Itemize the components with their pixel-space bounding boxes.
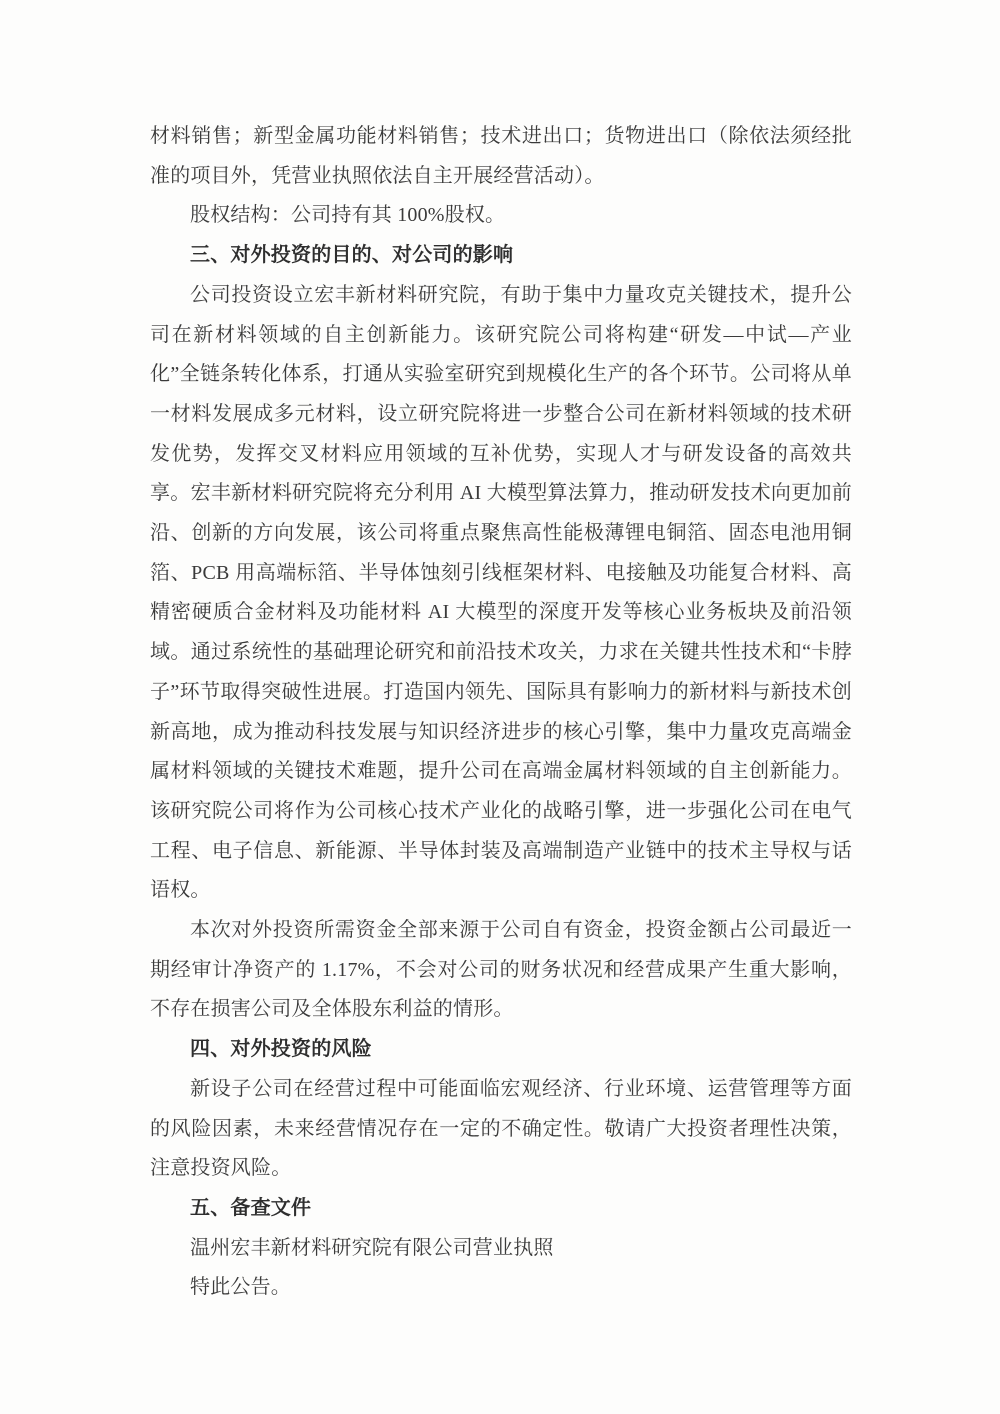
paragraph-risk-statement: 新设子公司在经营过程中可能面临宏观经济、行业环境、运营管理等方面的风险因素，未来… xyxy=(150,1070,852,1189)
document-body: 材料销售；新型金属功能材料销售；技术进出口；货物进出口（除依法须经批准的项目外，… xyxy=(150,117,852,1308)
paragraph-business-license-item: 温州宏丰新材料研究院有限公司营业执照 xyxy=(150,1229,852,1269)
paragraph-business-scope-continuation: 材料销售；新型金属功能材料销售；技术进出口；货物进出口（除依法须经批准的项目外，… xyxy=(150,117,852,196)
document-page: 材料销售；新型金属功能材料销售；技术进出口；货物进出口（除依法须经批准的项目外，… xyxy=(0,0,1000,1414)
paragraph-investment-purpose-detail: 公司投资设立宏丰新材料研究院，有助于集中力量攻克关键技术，提升公司在新材料领域的… xyxy=(150,276,852,911)
heading-section-4-investment-risk: 四、对外投资的风险 xyxy=(150,1030,852,1070)
heading-section-3-investment-purpose: 三、对外投资的目的、对公司的影响 xyxy=(150,236,852,276)
heading-section-5-reference-documents: 五、备查文件 xyxy=(150,1189,852,1229)
paragraph-announcement-closing: 特此公告。 xyxy=(150,1268,852,1308)
paragraph-funding-source: 本次对外投资所需资金全部来源于公司自有资金，投资金额占公司最近一期经审计净资产的… xyxy=(150,911,852,1030)
paragraph-equity-structure: 股权结构：公司持有其 100%股权。 xyxy=(150,196,852,236)
